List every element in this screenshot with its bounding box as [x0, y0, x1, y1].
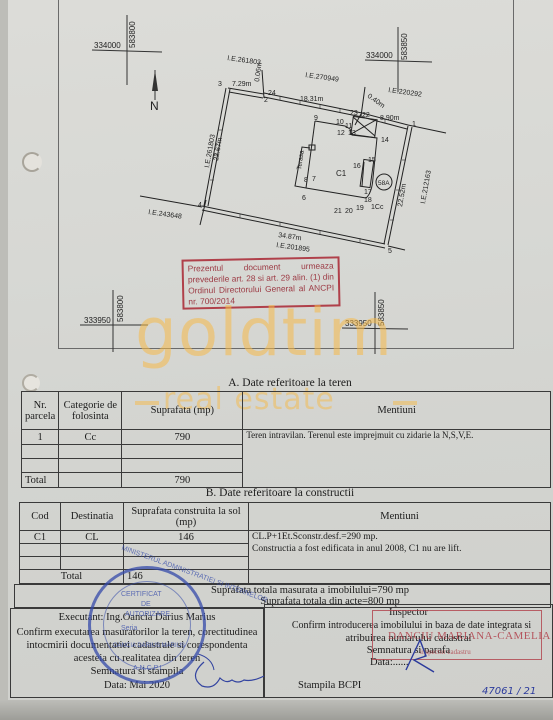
- neighbor-label: I.E.201895: [276, 242, 311, 254]
- neighbor-label: I.E.243648: [148, 209, 183, 221]
- neighbor-label: I.E.261803: [227, 55, 262, 67]
- svg-text:11: 11: [345, 123, 352, 130]
- dimension-label: 8.90m: [380, 115, 400, 122]
- legal-notice-text: Prezentul document urmeaza prevederile a…: [188, 260, 335, 306]
- cell-cod: [20, 544, 61, 557]
- neighbor-label: I.E.220292: [388, 87, 423, 99]
- svg-text:8: 8: [304, 177, 308, 184]
- coord-y: 583800: [128, 21, 137, 48]
- coord-y: 583850: [377, 299, 386, 326]
- svg-text:10: 10: [336, 119, 344, 126]
- table-row: 1 Cc 790 Teren intravilan. Terenul este …: [22, 430, 551, 445]
- terrace-label: Terasa: [296, 150, 306, 171]
- building-label: C1: [336, 169, 347, 178]
- cell-suprafata: [122, 459, 243, 473]
- cell-nr: [22, 459, 59, 473]
- header-cod: Cod: [20, 503, 61, 531]
- svg-text:2: 2: [264, 97, 268, 104]
- cell-destinatia: [61, 544, 124, 557]
- stamp-text: AUTORIZARE: [125, 611, 170, 618]
- land-table: Nr. parcela Categorie de folosinta Supra…: [21, 391, 551, 488]
- neighbor-label: I.E.212163: [420, 170, 433, 205]
- cell-cod: [20, 557, 61, 570]
- north-label: N: [150, 99, 159, 113]
- svg-text:14: 14: [381, 137, 389, 144]
- header-mentiuni: Mentiuni: [249, 503, 551, 531]
- coord-x: 333950: [84, 316, 111, 325]
- cell-suprafata: 790: [122, 430, 243, 445]
- executant-signature: [190, 650, 270, 695]
- svg-text:17: 17: [364, 189, 372, 196]
- coord-y: 583850: [400, 33, 409, 60]
- cell-suprafata: [122, 445, 243, 459]
- page-bottom-edge: [0, 700, 553, 720]
- dimension-label: 7.29m: [232, 81, 252, 88]
- header-destinatia: Destinatia: [61, 503, 124, 531]
- svg-text:18: 18: [364, 197, 372, 204]
- stamp-text: CERTIFICAT: [121, 591, 162, 598]
- house-number-label: 58A: [378, 180, 390, 187]
- svg-text:23: 23: [350, 110, 358, 117]
- total-row: Total 146: [20, 570, 551, 584]
- coord-x: 333950: [345, 319, 372, 328]
- svg-text:9: 9: [314, 115, 318, 122]
- svg-text:6: 6: [302, 195, 306, 202]
- table-row: C1 CL 146 CL.P+1Et.Sconstr.desf.=290 mp.…: [20, 531, 551, 544]
- coord-x: 334000: [366, 51, 393, 60]
- cell-destinatia: CL: [61, 531, 124, 544]
- svg-text:12: 12: [337, 130, 345, 137]
- stamp-text: A.N.C.P.I.: [133, 665, 163, 672]
- mentiuni-line: Constructia a fost edificata in anul 200…: [252, 543, 547, 555]
- header-suprafata: Suprafata (mp): [122, 392, 243, 430]
- mentiuni-line: CL.P+1Et.Sconstr.desf.=290 mp.: [252, 531, 547, 543]
- header-mentiuni: Mentiuni: [243, 392, 551, 430]
- executant-round-stamp: MINISTERUL ADMINISTRATIEI SI INTERNELOR …: [88, 566, 206, 684]
- cell-mentiuni: CL.P+1Et.Sconstr.desf.=290 mp. Construct…: [249, 531, 551, 570]
- cell-nr: 1: [22, 430, 59, 445]
- header-suprafata: Suprafata construita la sol (mp): [124, 503, 249, 531]
- parcel-category-label: 1Cc: [371, 204, 384, 211]
- punch-hole: [22, 374, 40, 392]
- cell-categorie: Cc: [59, 430, 122, 445]
- construction-table: Cod Destinatia Suprafata construita la s…: [19, 502, 551, 584]
- north-arrow-icon: [152, 70, 158, 100]
- svg-text:16: 16: [353, 163, 361, 170]
- total-value: 790: [122, 473, 243, 488]
- dimension-label: 18.31m: [300, 96, 324, 103]
- svg-text:20: 20: [345, 208, 353, 215]
- svg-text:5: 5: [388, 248, 392, 255]
- coord-x: 334000: [94, 41, 121, 50]
- header-nr-parcela: Nr. parcela: [22, 392, 59, 430]
- svg-text:4: 4: [198, 202, 202, 209]
- section-a-title: A. Date referitoare la teren: [180, 377, 400, 389]
- section-b-title: B. Date referitoare la constructii: [170, 487, 390, 499]
- dimension-label: 34.87m: [278, 232, 302, 242]
- cell-destinatia: [61, 557, 124, 570]
- svg-text:24: 24: [268, 90, 276, 97]
- dimension-label: 0.40m: [366, 93, 386, 110]
- dimension-label: 22.52m: [397, 183, 408, 207]
- legal-notice-stamp: Prezentul document urmeaza prevederile a…: [181, 256, 340, 309]
- svg-text:21: 21: [334, 208, 342, 215]
- svg-text:22: 22: [362, 112, 370, 119]
- coord-y: 583800: [116, 295, 125, 322]
- cell-nr: [22, 445, 59, 459]
- svg-text:13: 13: [348, 130, 356, 137]
- stamp-text: Seria: [121, 625, 137, 632]
- svg-text:15: 15: [368, 157, 376, 164]
- bcpi-stamp-label: Stampila BCPI: [298, 680, 361, 691]
- summary-measured: Suprafata totala masurata a imobilului=7…: [170, 585, 450, 596]
- cell-categorie: [59, 459, 122, 473]
- svg-text:19: 19: [356, 205, 364, 212]
- cell-suprafata: 146: [124, 531, 249, 544]
- cell-categorie: [59, 445, 122, 459]
- handwritten-cadastral-number: 47061 / 21: [482, 686, 536, 697]
- cell-mentiuni: Teren intravilan. Terenul este imprejmui…: [243, 430, 551, 488]
- svg-text:3: 3: [218, 81, 222, 88]
- total-empty: [249, 570, 551, 584]
- svg-text:7: 7: [312, 176, 316, 183]
- stamp-text: OANCIA DARIUS MARIUS: [113, 643, 185, 649]
- inspector-signature: [400, 636, 440, 676]
- svg-text:1: 1: [412, 121, 416, 128]
- stamp-text: DE: [141, 601, 151, 608]
- total-empty: [59, 473, 122, 488]
- total-label: Total: [22, 473, 59, 488]
- neighbor-label: I.E.270949: [305, 72, 340, 84]
- header-categorie: Categorie de folosinta: [59, 392, 122, 430]
- cell-cod: C1: [20, 531, 61, 544]
